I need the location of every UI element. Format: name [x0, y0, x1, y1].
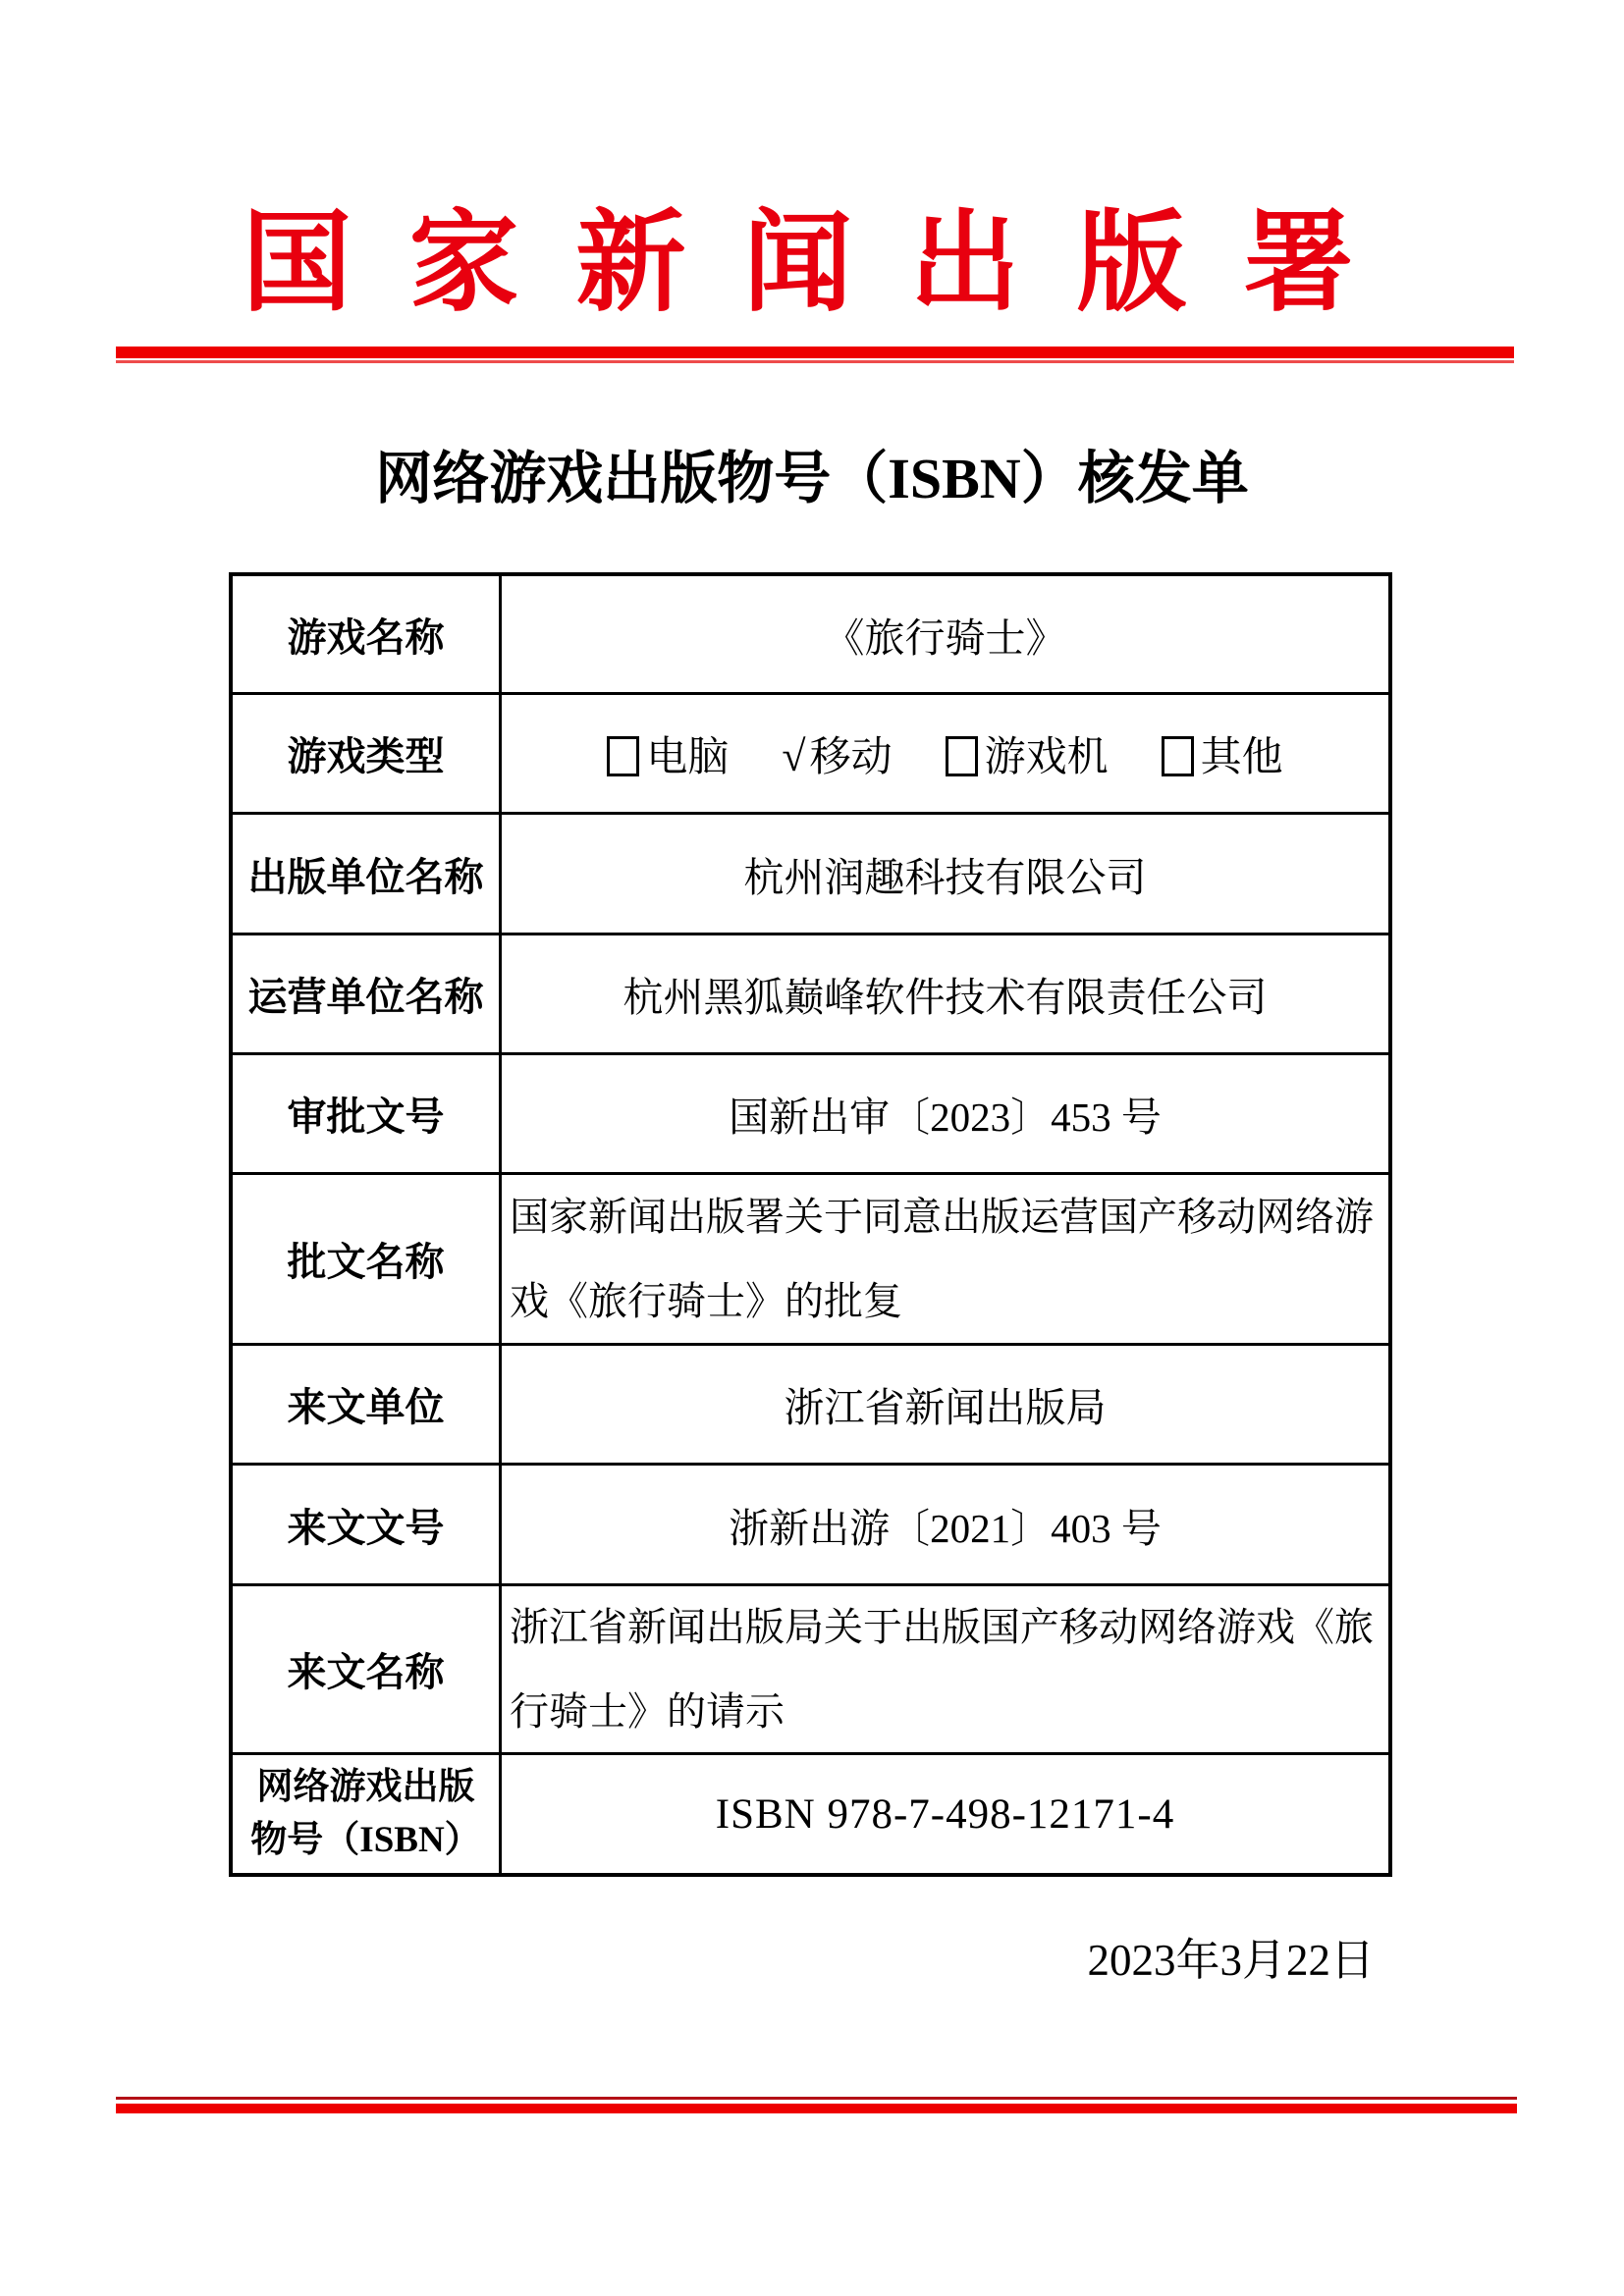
- option-label-computer: 电脑: [646, 735, 729, 780]
- table-row-approval-number: 审批文号 国新出审〔2023〕453 号: [233, 1055, 1388, 1175]
- check-mark-mobile-icon: √: [782, 731, 805, 781]
- checkbox-other-unchecked-icon: [1162, 736, 1194, 776]
- row-label-approval-title: 批文名称: [233, 1175, 502, 1343]
- row-value-game-name: 《旅行骑士》: [502, 576, 1388, 692]
- game-type-option-console: 游戏机: [946, 724, 1109, 783]
- header-rule-thin-line: [116, 360, 1514, 363]
- row-label-game-name: 游戏名称: [233, 576, 502, 692]
- row-value-game-type: 电脑 √移动 游戏机 其他: [502, 695, 1388, 812]
- header-rule-thick-bar: [116, 347, 1514, 358]
- game-type-option-other: 其他: [1162, 724, 1283, 783]
- row-label-source-number: 来文文号: [233, 1466, 502, 1583]
- row-value-approval-number: 国新出审〔2023〕453 号: [502, 1055, 1388, 1172]
- checkbox-computer-unchecked-icon: [607, 736, 639, 776]
- row-value-source-unit: 浙江省新闻出版局: [502, 1346, 1388, 1463]
- row-label-source-unit: 来文单位: [233, 1346, 502, 1463]
- game-type-option-mobile: √移动: [782, 724, 892, 783]
- row-label-source-title: 来文名称: [233, 1586, 502, 1752]
- row-label-approval-number: 审批文号: [233, 1055, 502, 1172]
- option-label-console: 游戏机: [985, 735, 1109, 780]
- game-type-option-computer: 电脑: [607, 724, 729, 783]
- form-title: 网络游戏出版物号（ISBN）核发单: [0, 432, 1624, 514]
- row-label-isbn: 网络游戏出版物号（ISBN）: [233, 1755, 502, 1873]
- table-row-approval-title: 批文名称 国家新闻出版署关于同意出版运营国产移动网络游戏《旅行骑士》的批复: [233, 1175, 1388, 1346]
- document-page: 国家新闻出版署 网络游戏出版物号（ISBN）核发单 游戏名称 《旅行骑士》 游戏…: [0, 0, 1624, 2296]
- option-label-other: 其他: [1201, 735, 1283, 780]
- row-value-operator: 杭州黑狐巅峰软件技术有限责任公司: [502, 935, 1388, 1052]
- issue-date: 2023年3月22日: [1087, 1924, 1375, 1988]
- option-label-mobile: 移动: [810, 735, 893, 780]
- table-row-game-type: 游戏类型 电脑 √移动 游戏机 其他: [233, 695, 1388, 815]
- row-value-approval-title: 国家新闻出版署关于同意出版运营国产移动网络游戏《旅行骑士》的批复: [502, 1175, 1388, 1343]
- row-value-source-number: 浙新出游〔2021〕403 号: [502, 1466, 1388, 1583]
- footer-double-rule: [116, 2097, 1517, 2113]
- header-double-rule: [116, 347, 1514, 363]
- table-row-source-unit: 来文单位 浙江省新闻出版局: [233, 1346, 1388, 1466]
- row-label-game-type: 游戏类型: [233, 695, 502, 812]
- table-row-isbn: 网络游戏出版物号（ISBN） ISBN 978-7-498-12171-4: [233, 1755, 1388, 1873]
- table-row-publisher: 出版单位名称 杭州润趣科技有限公司: [233, 815, 1388, 935]
- table-row-source-number: 来文文号 浙新出游〔2021〕403 号: [233, 1466, 1388, 1586]
- table-row-source-title: 来文名称 浙江省新闻出版局关于出版国产移动网络游戏《旅行骑士》的请示: [233, 1586, 1388, 1755]
- row-label-publisher: 出版单位名称: [233, 815, 502, 933]
- row-value-source-title: 浙江省新闻出版局关于出版国产移动网络游戏《旅行骑士》的请示: [502, 1586, 1388, 1752]
- isbn-form-table: 游戏名称 《旅行骑士》 游戏类型 电脑 √移动 游戏机 其他 出版单位名称 杭州…: [229, 572, 1392, 1877]
- table-row-operator: 运营单位名称 杭州黑狐巅峰软件技术有限责任公司: [233, 935, 1388, 1055]
- agency-title: 国家新闻出版署: [0, 175, 1624, 333]
- row-value-publisher: 杭州润趣科技有限公司: [502, 815, 1388, 933]
- row-label-operator: 运营单位名称: [233, 935, 502, 1052]
- checkbox-console-unchecked-icon: [946, 736, 978, 776]
- row-value-isbn: ISBN 978-7-498-12171-4: [502, 1755, 1388, 1873]
- table-row-game-name: 游戏名称 《旅行骑士》: [233, 576, 1388, 695]
- footer-rule-thick-bar: [116, 2104, 1517, 2113]
